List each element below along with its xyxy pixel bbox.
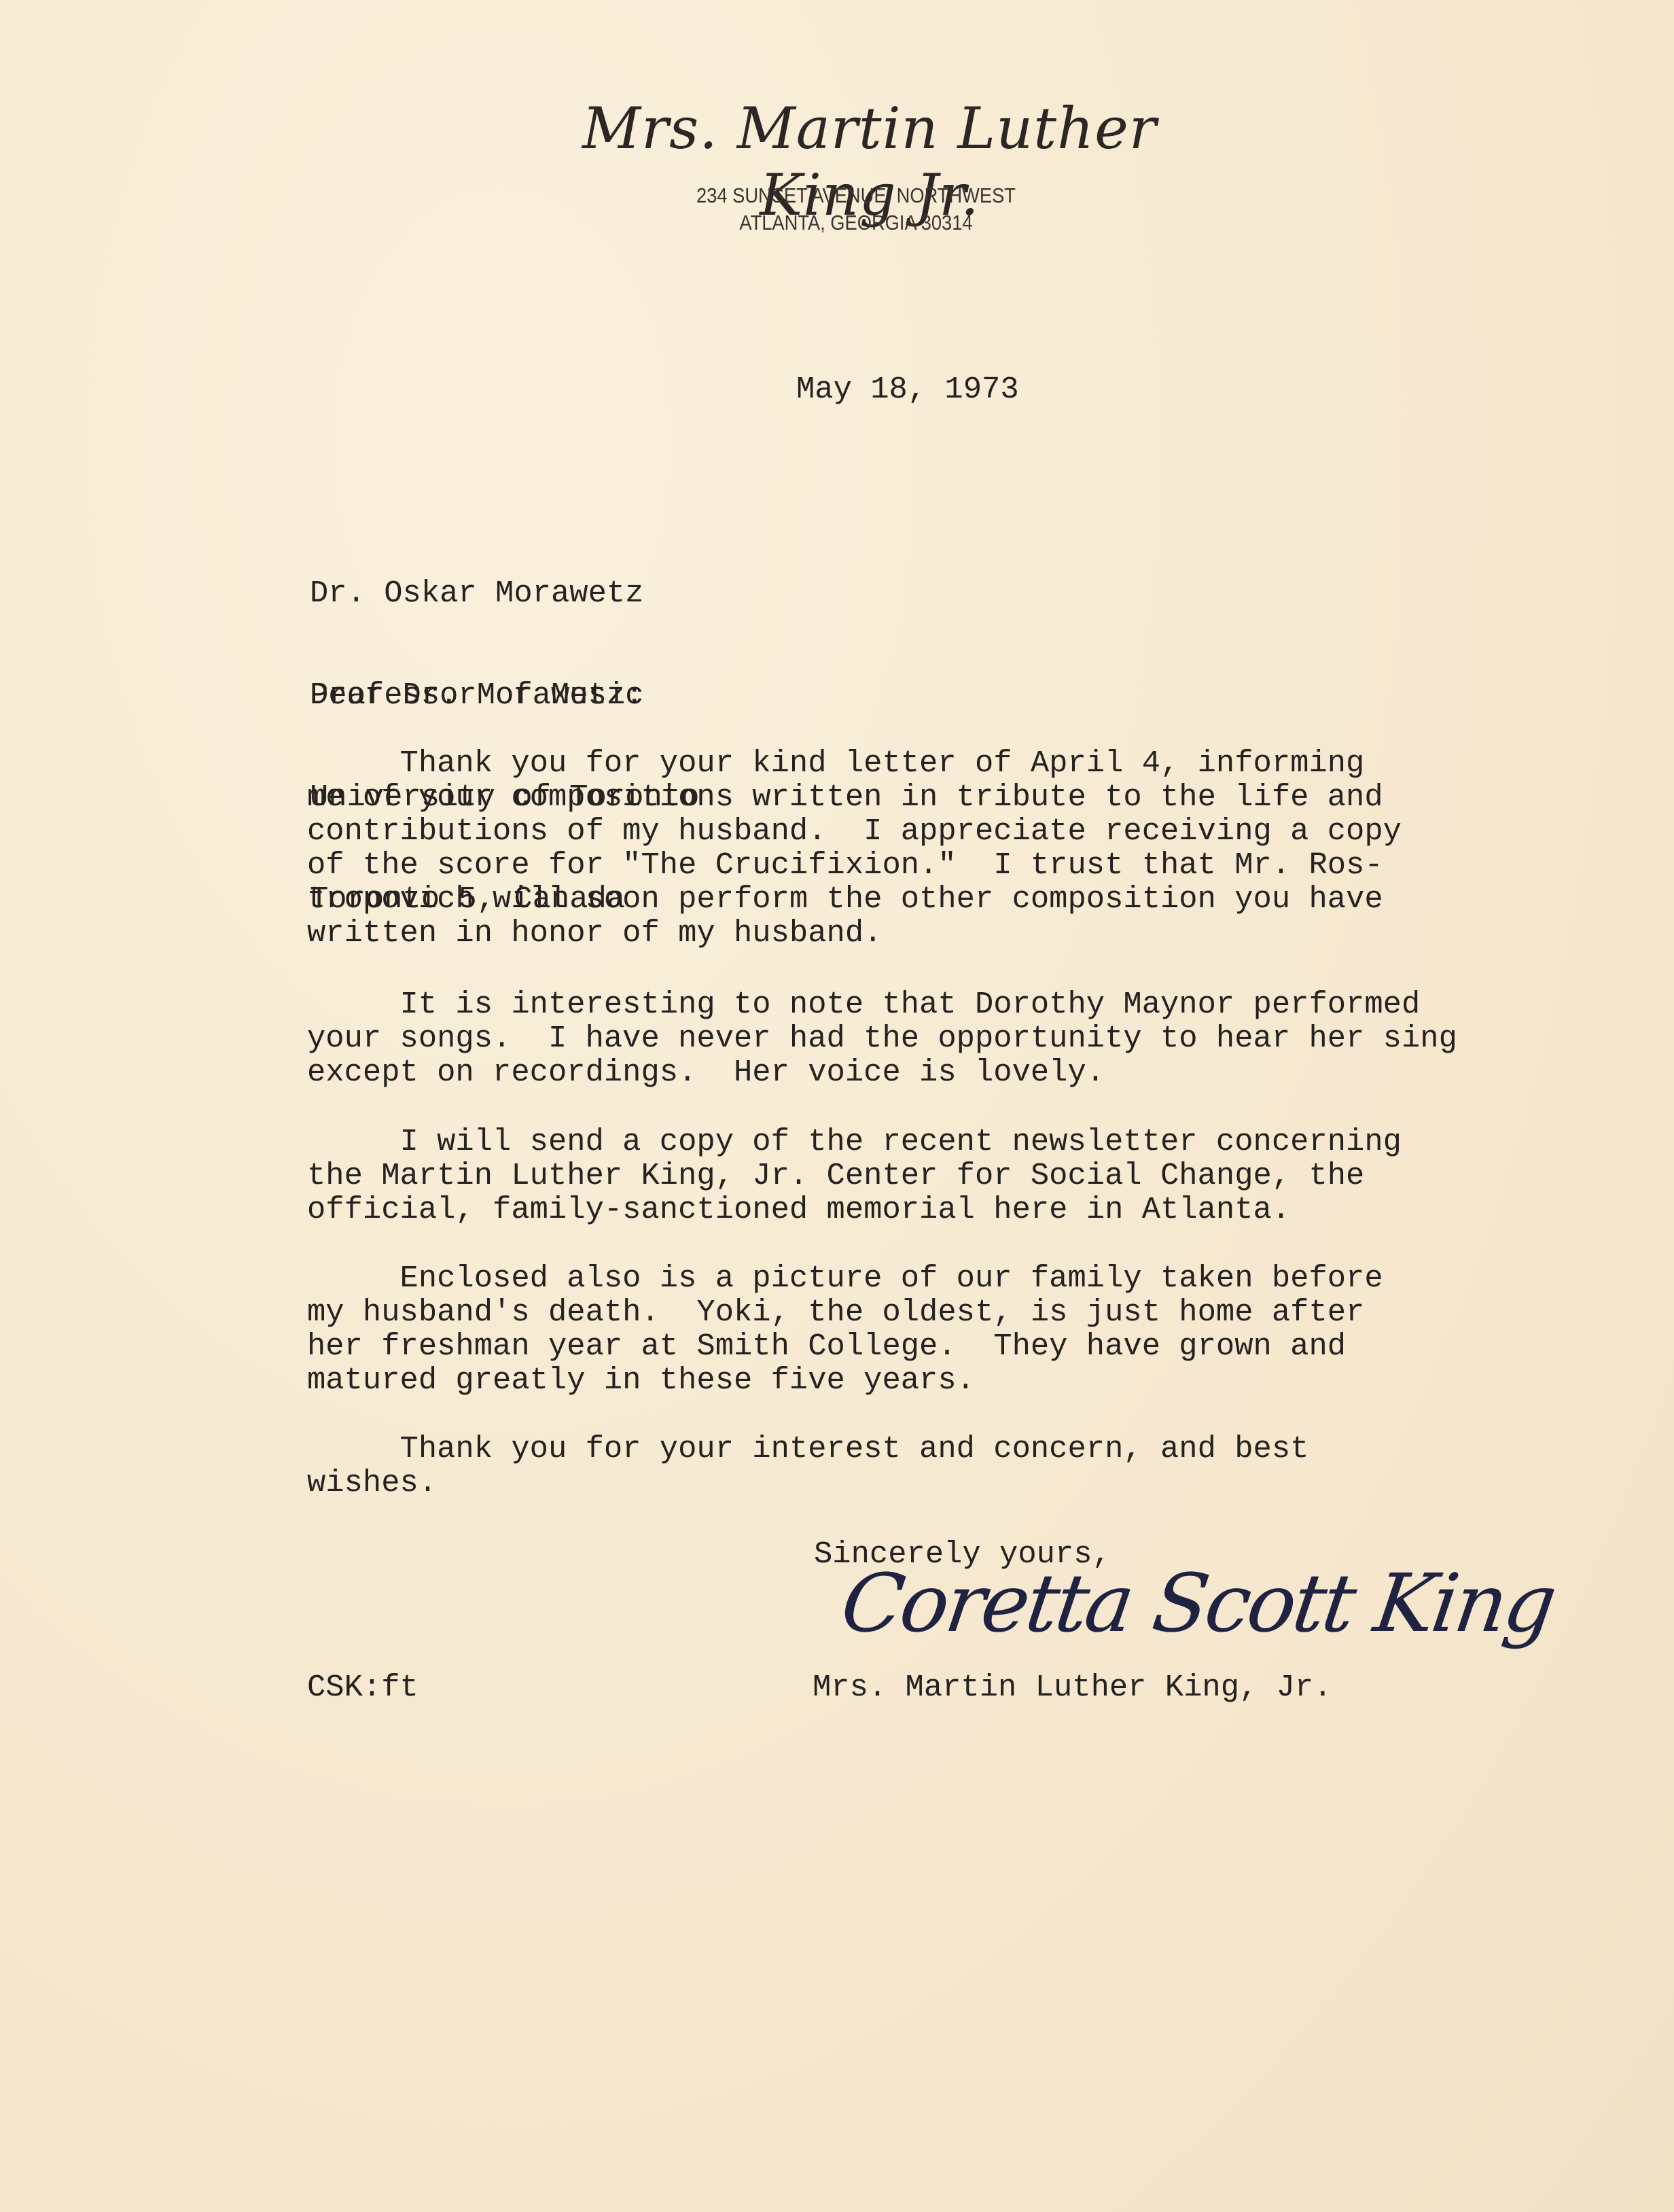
letterhead-address-line1: 234 SUNSET AVENUE, NORTHWEST bbox=[557, 182, 1155, 209]
signer-name: Mrs. Martin Luther King, Jr. bbox=[813, 1670, 1332, 1704]
recipient-line: Dr. Oskar Morawetz bbox=[310, 576, 699, 610]
typist-initials: CSK:ft bbox=[307, 1670, 418, 1704]
letter-date: May 18, 1973 bbox=[796, 372, 1019, 406]
body-paragraph: I will send a copy of the recent newslet… bbox=[307, 1125, 1402, 1227]
handwritten-signature: Coretta Scott King bbox=[836, 1556, 1559, 1650]
letterhead-address-line2: ATLANTA, GEORGIA 30314 bbox=[557, 209, 1155, 236]
body-paragraph: Thank you for your kind letter of April … bbox=[307, 746, 1402, 950]
salutation: Dear Dr. Morawetz: bbox=[310, 678, 643, 712]
body-paragraph: Enclosed also is a picture of our family… bbox=[307, 1261, 1383, 1397]
letterhead-address: 234 SUNSET AVENUE, NORTHWEST ATLANTA, GE… bbox=[557, 182, 1155, 236]
body-paragraph: Thank you for your interest and concern,… bbox=[307, 1432, 1308, 1500]
body-paragraph: It is interesting to note that Dorothy M… bbox=[307, 987, 1457, 1089]
